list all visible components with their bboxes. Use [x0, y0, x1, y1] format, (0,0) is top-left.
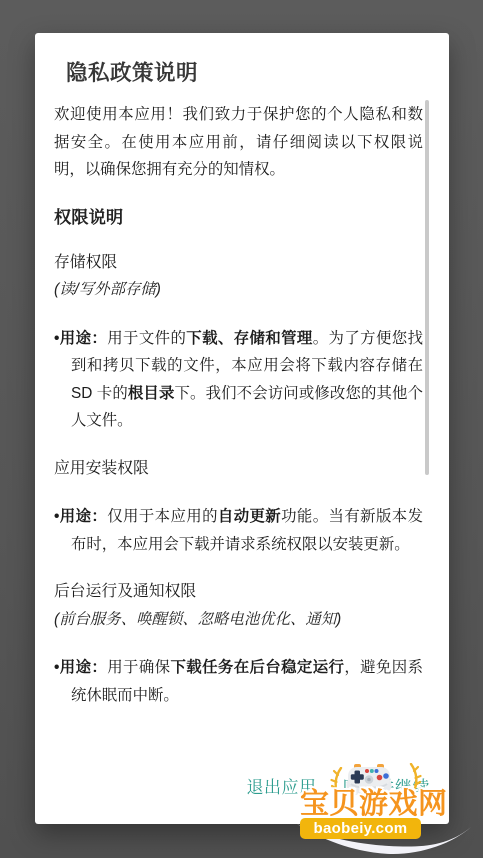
- permission-section: 后台运行及通知权限 (前台服务、唤醒锁、忽略电池优化、通知) •用途：用于确保下…: [54, 578, 423, 709]
- permission-usage: •用途：用于文件的下载、存储和管理。为了方便您找到和拷贝下载的文件，本应用会将下…: [54, 325, 423, 435]
- permission-scope: (前台服务、唤醒锁、忽略电池优化、通知): [54, 606, 423, 634]
- permission-name: 存储权限: [54, 249, 423, 277]
- permission-scope: (读/写外部存储): [54, 276, 423, 304]
- intro-text: 欢迎使用本应用！我们致力于保护您的个人隐私和数据安全。在使用本应用前，请仔细阅读…: [54, 101, 423, 184]
- permissions-heading: 权限说明: [54, 205, 423, 229]
- permission-section: 应用安装权限 •用途：仅用于本应用的自动更新功能。当有新版本发布时，本应用会下载…: [54, 455, 423, 559]
- watermark-site-url: baobeiy.com: [300, 818, 421, 839]
- permission-name: 后台运行及通知权限: [54, 578, 423, 606]
- permission-sections: 存储权限 (读/写外部存储) •用途：用于文件的下载、存储和管理。为了方便您找到…: [54, 249, 423, 710]
- privacy-policy-dialog: 隐私政策说明 欢迎使用本应用！我们致力于保护您的个人隐私和数据安全。在使用本应用…: [35, 33, 449, 824]
- watermark-site-name: 宝贝游戏网: [300, 789, 448, 820]
- permission-section: 存储权限 (读/写外部存储) •用途：用于文件的下载、存储和管理。为了方便您找到…: [54, 249, 423, 435]
- permission-usage: •用途：仅用于本应用的自动更新功能。当有新版本发布时，本应用会下载并请求系统权限…: [54, 503, 423, 558]
- policy-scroll-area[interactable]: 欢迎使用本应用！我们致力于保护您的个人隐私和数据安全。在使用本应用前，请仔细阅读…: [54, 97, 423, 762]
- site-watermark: 宝贝游戏网 baobeiy.com: [281, 755, 483, 858]
- permission-usage: •用途：用于确保下载任务在后台稳定运行，避免因系统休眠而中断。: [54, 654, 423, 709]
- permission-name: 应用安装权限: [54, 455, 423, 483]
- scrollbar-thumb[interactable]: [425, 100, 429, 475]
- dialog-title: 隐私政策说明: [66, 56, 198, 87]
